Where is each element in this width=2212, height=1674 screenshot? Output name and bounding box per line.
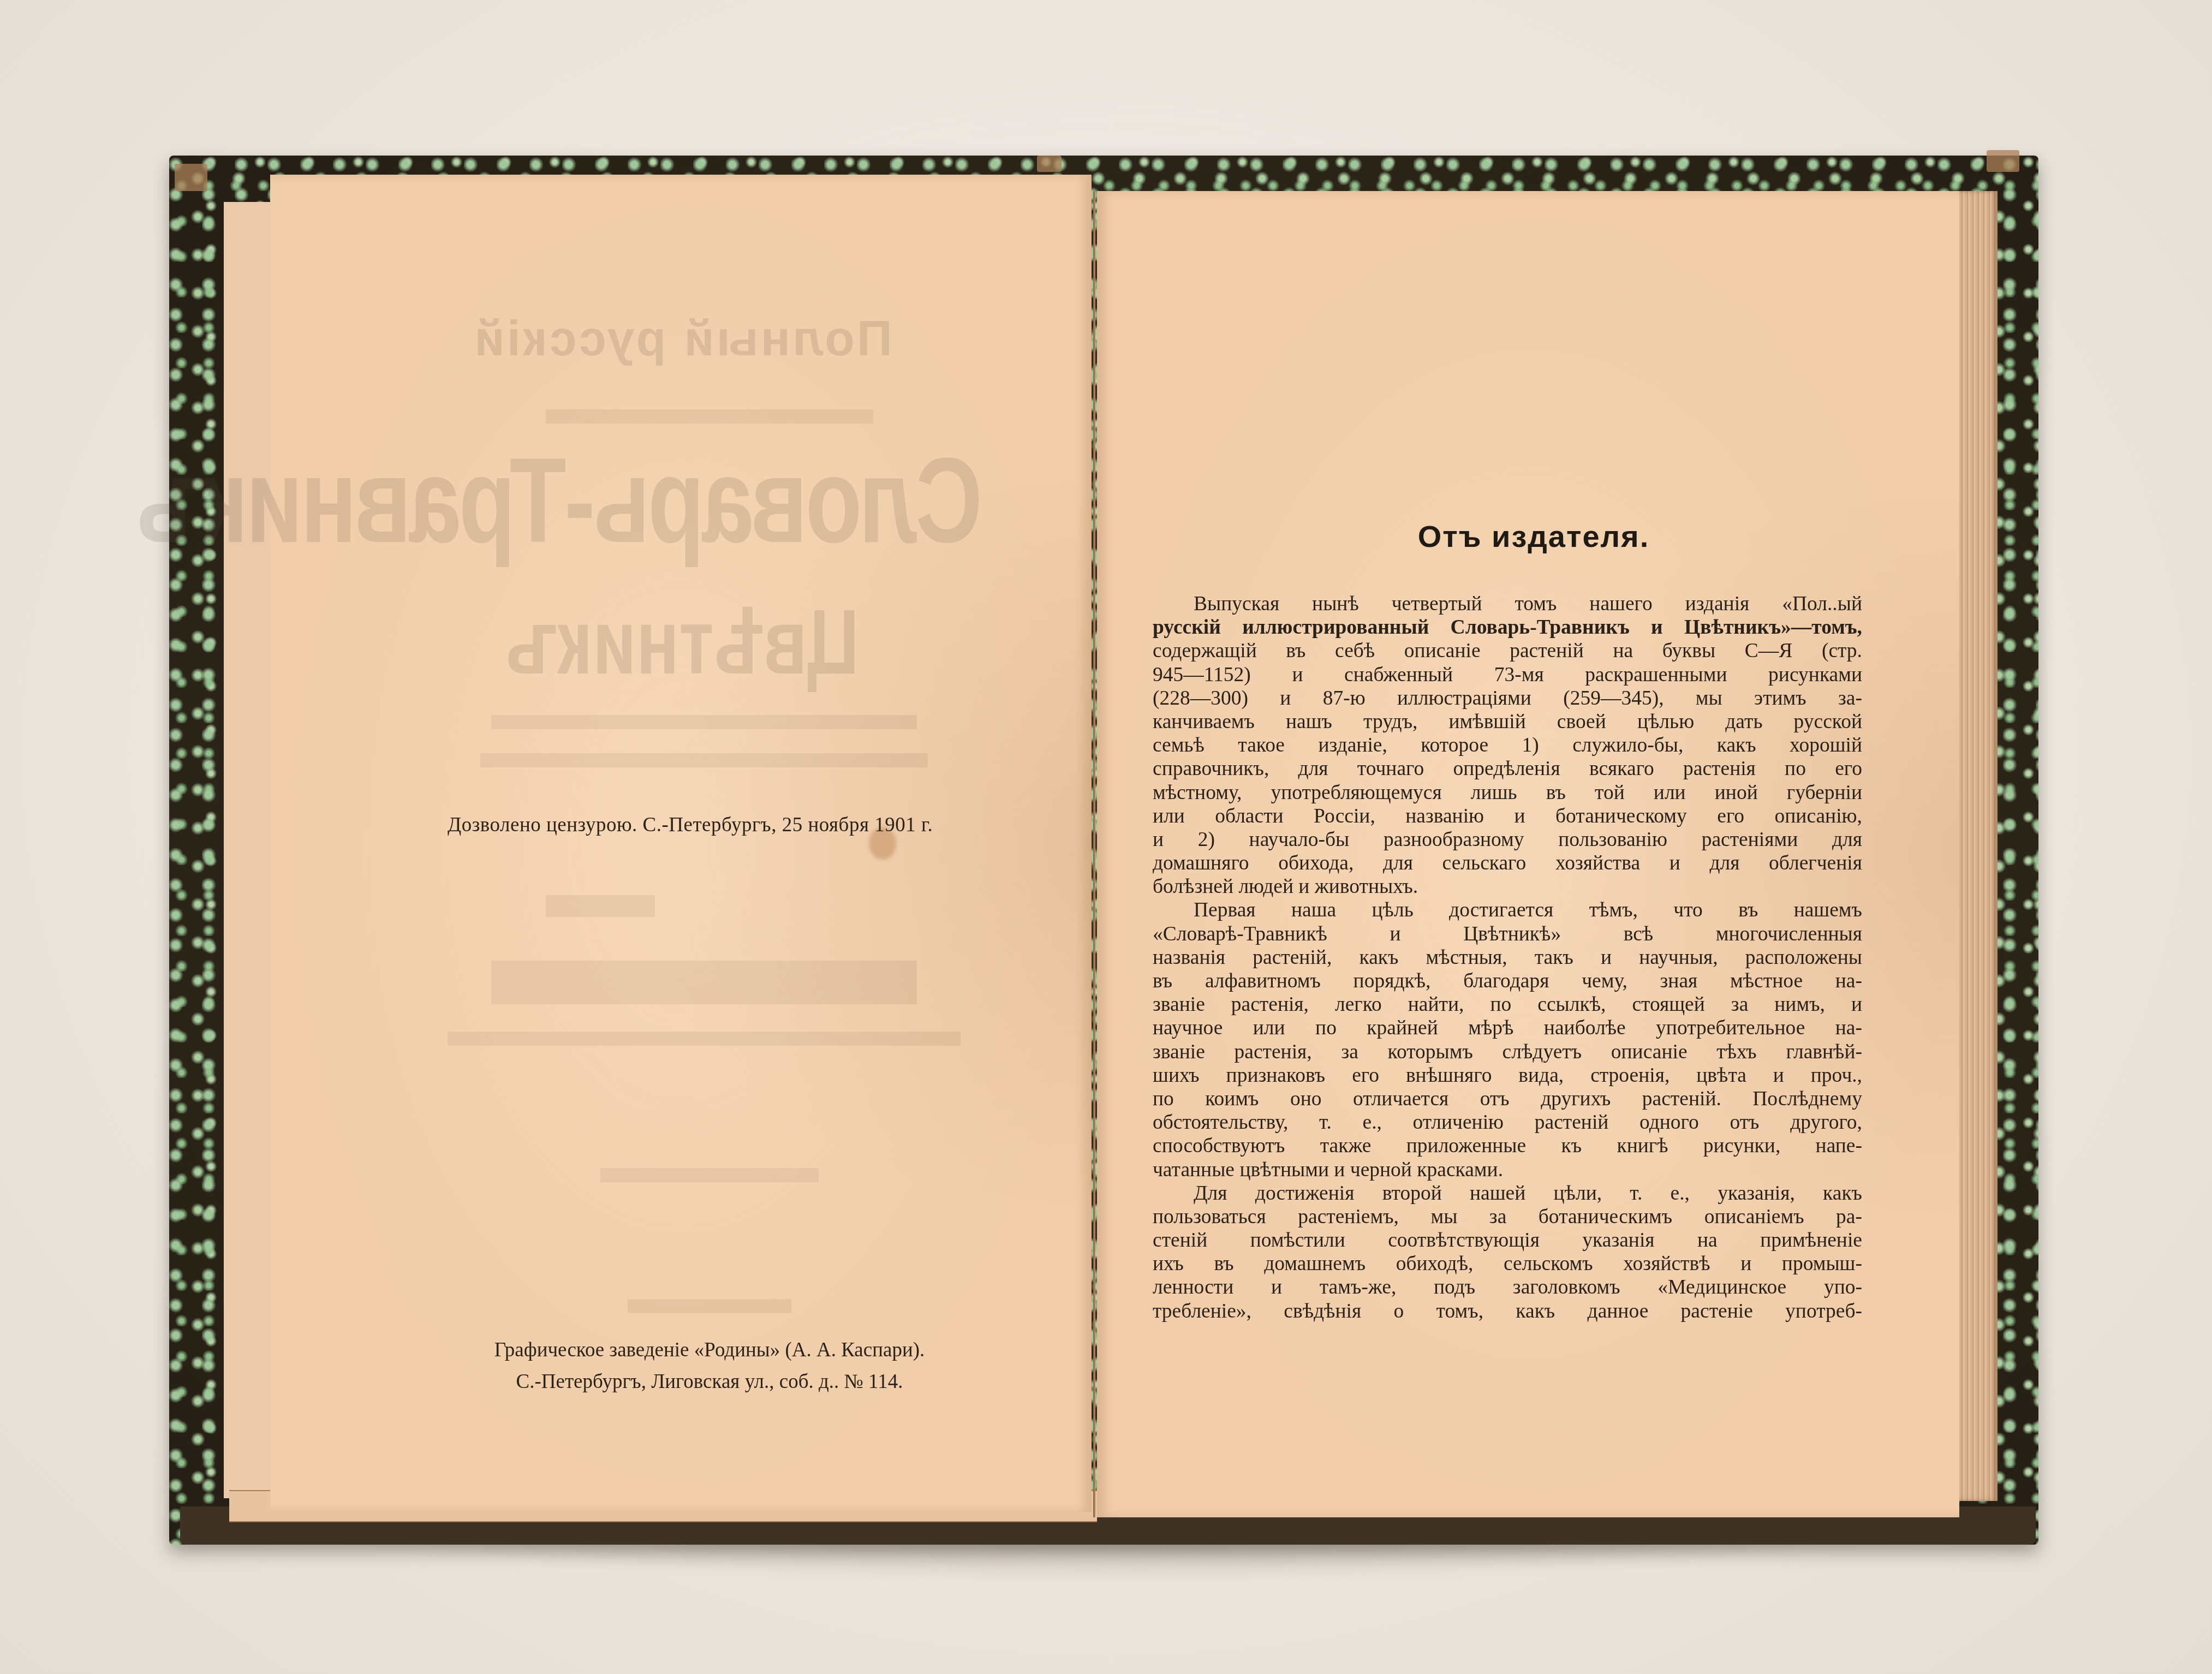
bleed-through-line: Полный русскій <box>437 311 928 367</box>
bleed-through-line <box>546 409 873 424</box>
text-line: обстоятельству, т. е., отличенію растені… <box>1153 1111 1862 1134</box>
bleed-through-line <box>448 1032 961 1046</box>
cover-wear-spine <box>1037 156 1062 172</box>
bleed-through-line <box>600 1168 819 1182</box>
text-line: ленности и тамъ-же, подъ заголовкомъ «Ме… <box>1153 1276 1862 1299</box>
text-line: или области Россіи, названію и ботаничес… <box>1153 805 1862 828</box>
cover-wear-corner <box>1987 150 2019 172</box>
text-line: «Словарѣ-Травникѣ и Цвѣтникѣ» всѣ многоч… <box>1153 922 1862 946</box>
bleed-through-line <box>491 715 917 729</box>
text-line: и 2) научало-бы разнообразному пользован… <box>1153 828 1862 851</box>
text-line: мѣстному, употребляющемуся лишь въ той и… <box>1153 781 1862 805</box>
printer-imprint: Графическое заведеніе «Родины» (А. А. Ка… <box>437 1335 982 1398</box>
bleed-through-line <box>628 1299 791 1313</box>
text-line: требленіе», свѣдѣнія о томъ, какъ данное… <box>1153 1300 1862 1323</box>
text-line: ихъ въ домашнемъ обиходѣ, сельскомъ хозя… <box>1153 1252 1862 1276</box>
text-line: русскій иллюстрированный Словарь-Травник… <box>1153 616 1862 639</box>
text-line: въ алфавитномъ порядкѣ, благодаря чему, … <box>1153 969 1862 993</box>
text-line: болѣзней людей и животныхъ. <box>1153 875 1862 898</box>
gutter <box>1093 191 1095 1517</box>
text-line: стеній помѣстили соотвѣтствующія указані… <box>1153 1229 1862 1252</box>
cover-wear-corner <box>175 164 207 191</box>
text-line: способствуютъ также приложенные къ книгѣ… <box>1153 1134 1862 1158</box>
page-fore-edge <box>1954 191 1998 1501</box>
text-line: званіе растенія, за которымъ слѣдуетъ оп… <box>1153 1040 1862 1064</box>
text-line: названія растеній, какъ мѣстныя, такъ и … <box>1153 946 1862 969</box>
printer-line-1: Графическое заведеніе «Родины» (А. А. Ка… <box>437 1335 982 1366</box>
text-line: семьѣ такое изданіе, которое 1) служило-… <box>1153 734 1862 757</box>
text-line: домашняго обихода, для сельскаго хозяйст… <box>1153 851 1862 875</box>
text-line: пользоваться растеніемъ, мы за ботаничес… <box>1153 1205 1862 1229</box>
text-line: научное или по крайней мѣрѣ наиболѣе упо… <box>1153 1016 1862 1040</box>
text-line: шихъ признаковъ его внѣшняго вида, строе… <box>1153 1064 1862 1087</box>
text-line: чатанные цвѣтными и черной красками. <box>1153 1158 1862 1182</box>
bleed-through-title: Словарь-Травникъ <box>382 432 982 571</box>
bleed-through-line <box>546 895 655 917</box>
text-line: Для достиженія второй нашей цѣли, т. е.,… <box>1153 1182 1862 1205</box>
text-line: по коимъ оно отличается отъ другихъ раст… <box>1153 1087 1862 1111</box>
text-line: содержащій въ себѣ описаніе растеній на … <box>1153 639 1862 663</box>
bleed-through-subtitle: Цвѣтникъ <box>464 588 901 695</box>
bleed-through-line <box>491 961 917 1004</box>
publisher-preface: Выпуская нынѣ четвертый томъ нашего изда… <box>1153 592 1862 1323</box>
printer-line-2: С.-Петербургъ, Лиговская ул., соб. д.. №… <box>437 1366 982 1398</box>
page-heading: Отъ издателя. <box>1146 519 1921 554</box>
censorship-note: Дозволено цензурою. С.-Петербургъ, 25 но… <box>448 813 971 837</box>
bleed-through-line <box>480 753 928 767</box>
text-line: справочникъ, для точнаго опредѣленія вся… <box>1153 757 1862 781</box>
text-line: канчиваемъ нашъ трудъ, имѣвшій своей цѣл… <box>1153 710 1862 734</box>
text-line: Первая наша цѣль достигается тѣмъ, что в… <box>1153 898 1862 922</box>
text-line: Выпуская нынѣ четвертый томъ нашего изда… <box>1153 592 1862 616</box>
text-line: (228—300) и 87-ю иллюстраціями (259—345)… <box>1153 687 1862 710</box>
text-line: 945—1152) и снабженный 73-мя раскрашенны… <box>1153 663 1862 687</box>
text-line: званіе растенія, легко найти, по ссылкѣ,… <box>1153 993 1862 1016</box>
